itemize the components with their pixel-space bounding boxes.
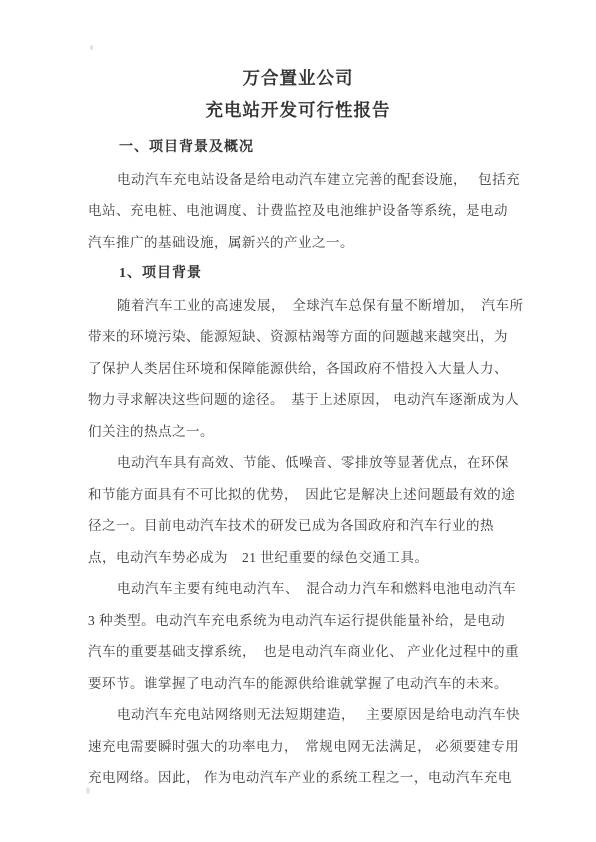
- text-line: 要环节。谁掌握了电动汽车的能源供给谁就掌握了电动汽车的未来。: [88, 668, 516, 700]
- text-line: 电动汽车充电站网络则无法短期建造， 主要原因是给电动汽车快: [88, 699, 516, 731]
- section-heading: 一、项目背景及概况: [88, 132, 516, 164]
- report-title: 充电站开发可行性报告: [0, 94, 596, 126]
- document-page: 万合置业公司 充电站开发可行性报告 一、项目背景及概况电动汽车充电站设备是给电动…: [0, 0, 596, 842]
- text-line: 和节能方面具有不可比拟的优势， 因此它是解决上述问题最有效的途: [88, 479, 516, 511]
- text-line: 电站、充电桩、电池调度、计费监控及电池维护设备等系统，是电动: [88, 195, 516, 227]
- text-line: 电动汽车具有高效、节能、低噪音、零排放等显著优点，在环保: [88, 447, 516, 479]
- text-line: 随着汽车工业的高速发展， 全球汽车总保有量不断增加， 汽车所: [88, 290, 516, 322]
- document-body: 一、项目背景及概况电动汽车充电站设备是给电动汽车建立完善的配套设施， 包括充电站…: [88, 132, 516, 794]
- text-line: 汽车的重要基础支撑系统， 也是电动汽车商业化、 产业化过程中的重: [88, 636, 516, 668]
- section-heading: 1、项目背景: [88, 258, 516, 290]
- text-line: 电动汽车主要有纯电动汽车、 混合动力汽车和燃料电池电动汽车: [88, 573, 516, 605]
- scan-speck-top-left: [90, 45, 93, 50]
- text-line: 速充电需要瞬时强大的功率电力， 常规电网无法满足， 必须要建专用: [88, 731, 516, 763]
- text-line: 3 种类型。电动汽车充电系统为电动汽车运行提供能量补给，是电动: [88, 605, 516, 637]
- scan-speck-bottom-left: [86, 787, 90, 794]
- text-line: 们关注的热点之一。: [88, 416, 516, 448]
- text-line: 径之一。目前电动汽车技术的研发已成为各国政府和汽车行业的热: [88, 510, 516, 542]
- text-line: 点，电动汽车势必成为 21 世纪重要的绿色交通工具。: [88, 542, 516, 574]
- text-line: 汽车推广的基础设施，属新兴的产业之一。: [88, 227, 516, 259]
- text-line: 带来的环境污染、能源短缺、资源枯竭等方面的问题越来越突出，为: [88, 321, 516, 353]
- text-line: 物力寻求解决这些问题的途径。 基于上述原因， 电动汽车逐渐成为人: [88, 384, 516, 416]
- text-line: 了保护人类居住环境和保障能源供给，各国政府不惜投入大量人力、: [88, 353, 516, 385]
- text-line: 充电网络。因此， 作为电动汽车产业的系统工程之一，电动汽车充电: [88, 762, 516, 794]
- text-line: 电动汽车充电站设备是给电动汽车建立完善的配套设施， 包括充: [88, 164, 516, 196]
